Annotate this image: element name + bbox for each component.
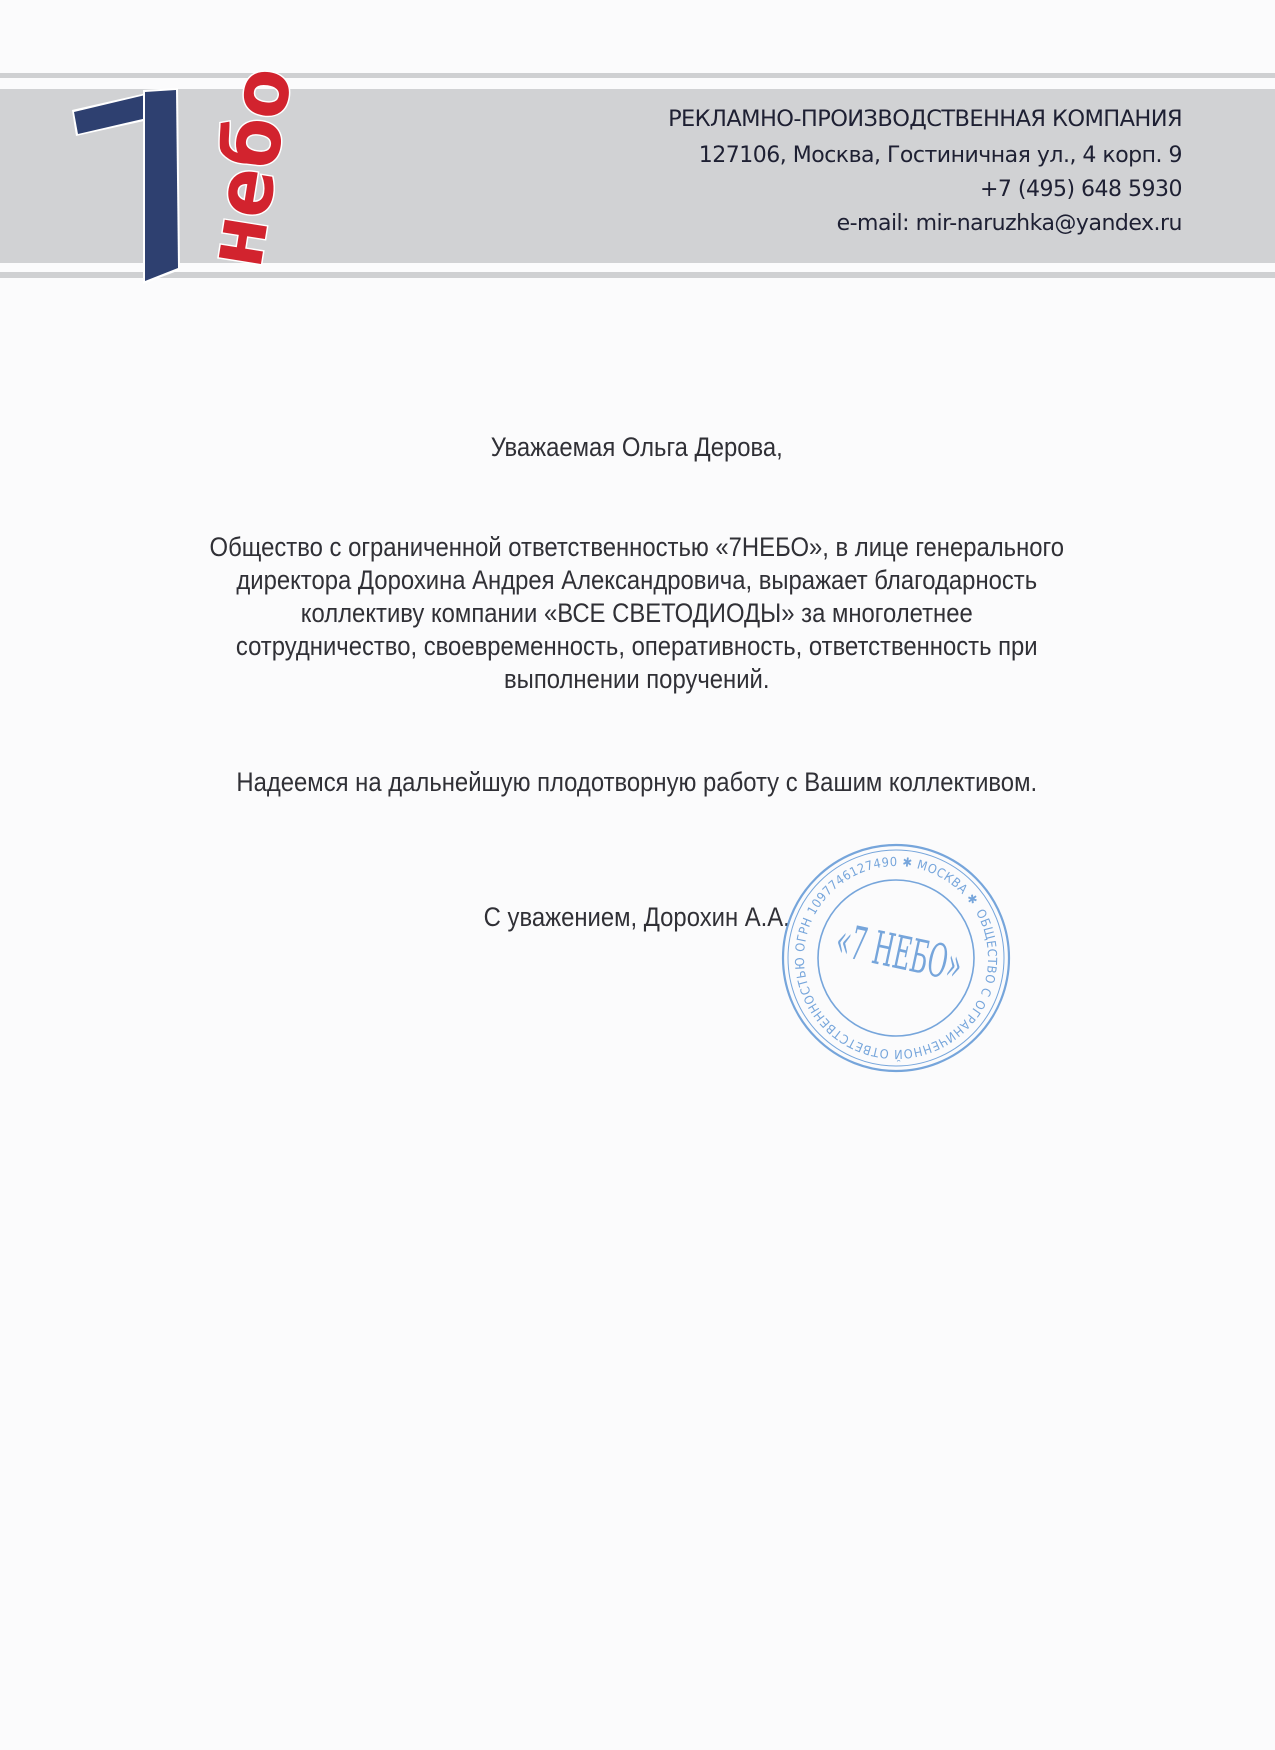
signature: С уважением, Дорохин А.А. xyxy=(63,901,1211,934)
company-logo: небо xyxy=(62,60,322,292)
svg-text:«7 НЕБО»: «7 НЕБО» xyxy=(831,912,967,992)
logo-seven-icon xyxy=(72,88,180,284)
company-address: 127106, Москва, Гостиничная ул., 4 корп.… xyxy=(699,143,1182,168)
svg-text:небо: небо xyxy=(190,61,310,273)
paragraph-line: выполнении поручений. xyxy=(63,663,1211,696)
salutation: Уважаемая Ольга Дерова, xyxy=(63,431,1211,464)
company-stamp: ОБЩЕСТВО С ОГРАНИЧЕННОЙ ОТВЕТСТВЕННОСТЬЮ… xyxy=(778,840,1014,1076)
paragraph-line: директора Дорохина Андрея Александровича… xyxy=(63,564,1211,597)
company-type: РЕКЛАМНО-ПРОИЗВОДСТВЕННАЯ КОМПАНИЯ xyxy=(668,106,1182,132)
company-email: e-mail: mir-naruzhka@yandex.ru xyxy=(837,211,1182,236)
logo-word-icon: небо xyxy=(190,61,310,273)
paragraph-line: сотрудничество, своевременность, операти… xyxy=(63,630,1211,663)
company-phone: +7 (495) 648 5930 xyxy=(980,177,1182,202)
paragraph-line: Общество с ограниченной ответственностью… xyxy=(63,531,1211,564)
paragraph-line: коллективу компании «ВСЕ СВЕТОДИОДЫ» за … xyxy=(63,597,1211,630)
closing-line: Надеемся на дальнейшую плодотворную рабо… xyxy=(63,766,1211,799)
main-paragraph: Общество с ограниченной ответственностью… xyxy=(63,531,1211,696)
